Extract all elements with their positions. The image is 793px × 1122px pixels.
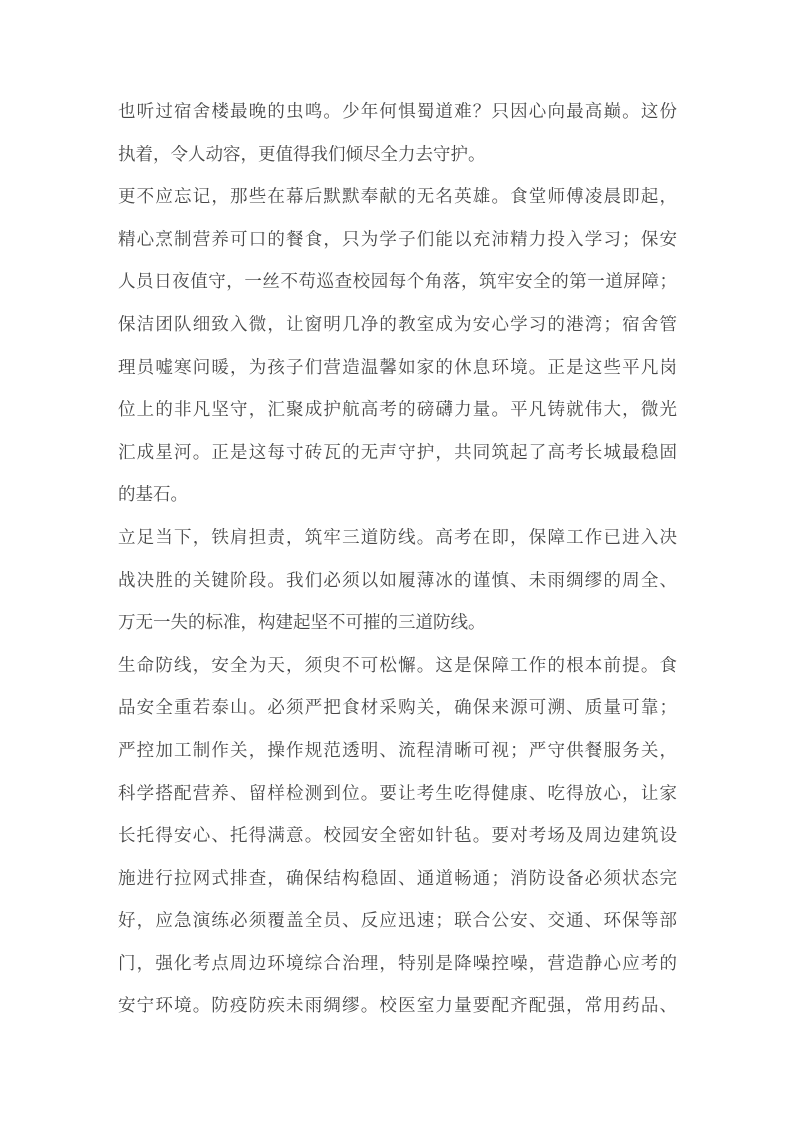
text-line: 施进行拉网式排查，确保结构稳固、通道畅通；消防设备必须状态完 — [118, 857, 677, 900]
text-line: 安宁环境。防疫防疾未雨绸缪。校医室力量要配齐配强，常用药品、 — [118, 984, 677, 1027]
text-line: 的基石。 — [118, 473, 677, 516]
text-line: 门，强化考点周边环境综合治理，特别是降噪控噪，营造静心应考的 — [118, 942, 677, 985]
paragraph: 更不应忘记，那些在幕后默默奉献的无名英雄。食堂师傅凌晨即起， 精心烹制营养可口的… — [118, 175, 677, 516]
paragraph: 生命防线，安全为天，须臾不可松懈。这是保障工作的根本前提。食 品安全重若泰山。必… — [118, 644, 677, 1027]
text-line: 好，应急演练必须覆盖全员、反应迅速；联合公安、交通、环保等部 — [118, 899, 677, 942]
text-line: 人员日夜值守，一丝不苟巡查校园每个角落，筑牢安全的第一道屏障； — [118, 260, 677, 303]
text-line: 执着，令人动容，更值得我们倾尽全力去守护。 — [118, 133, 677, 176]
text-line: 保洁团队细致入微，让窗明几净的教室成为安心学习的港湾；宿舍管 — [118, 303, 677, 346]
text-line: 科学搭配营养、留样检测到位。要让考生吃得健康、吃得放心，让家 — [118, 772, 677, 815]
document-page: 也听过宿舍楼最晚的虫鸣。少年何惧蜀道难？只因心向最高巅。这份 执着，令人动容，更… — [0, 0, 793, 1122]
text-line: 立足当下，铁肩担责，筑牢三道防线。高考在即，保障工作已进入决 — [118, 516, 677, 559]
text-line: 位上的非凡坚守，汇聚成护航高考的磅礴力量。平凡铸就伟大，微光 — [118, 388, 677, 431]
paragraph: 也听过宿舍楼最晚的虫鸣。少年何惧蜀道难？只因心向最高巅。这份 执着，令人动容，更… — [118, 90, 677, 175]
text-line: 精心烹制营养可口的餐食，只为学子们能以充沛精力投入学习；保安 — [118, 218, 677, 261]
text-line: 严控加工制作关，操作规范透明、流程清晰可视；严守供餐服务关， — [118, 729, 677, 772]
text-line: 万无一失的标准，构建起坚不可摧的三道防线。 — [118, 601, 677, 644]
text-line: 品安全重若泰山。必须严把食材采购关，确保来源可溯、质量可靠； — [118, 686, 677, 729]
document-body: 也听过宿舍楼最晚的虫鸣。少年何惧蜀道难？只因心向最高巅。这份 执着，令人动容，更… — [118, 90, 677, 1027]
text-line: 也听过宿舍楼最晚的虫鸣。少年何惧蜀道难？只因心向最高巅。这份 — [118, 90, 677, 133]
paragraph: 立足当下，铁肩担责，筑牢三道防线。高考在即，保障工作已进入决 战决胜的关键阶段。… — [118, 516, 677, 644]
text-line: 战决胜的关键阶段。我们必须以如履薄冰的谨慎、未雨绸缪的周全、 — [118, 559, 677, 602]
text-line: 汇成星河。正是这每寸砖瓦的无声守护，共同筑起了高考长城最稳固 — [118, 431, 677, 474]
text-line: 长托得安心、托得满意。校园安全密如针毡。要对考场及周边建筑设 — [118, 814, 677, 857]
text-line: 更不应忘记，那些在幕后默默奉献的无名英雄。食堂师傅凌晨即起， — [118, 175, 677, 218]
text-line: 理员嘘寒问暖，为孩子们营造温馨如家的休息环境。正是这些平凡岗 — [118, 346, 677, 389]
text-line: 生命防线，安全为天，须臾不可松懈。这是保障工作的根本前提。食 — [118, 644, 677, 687]
